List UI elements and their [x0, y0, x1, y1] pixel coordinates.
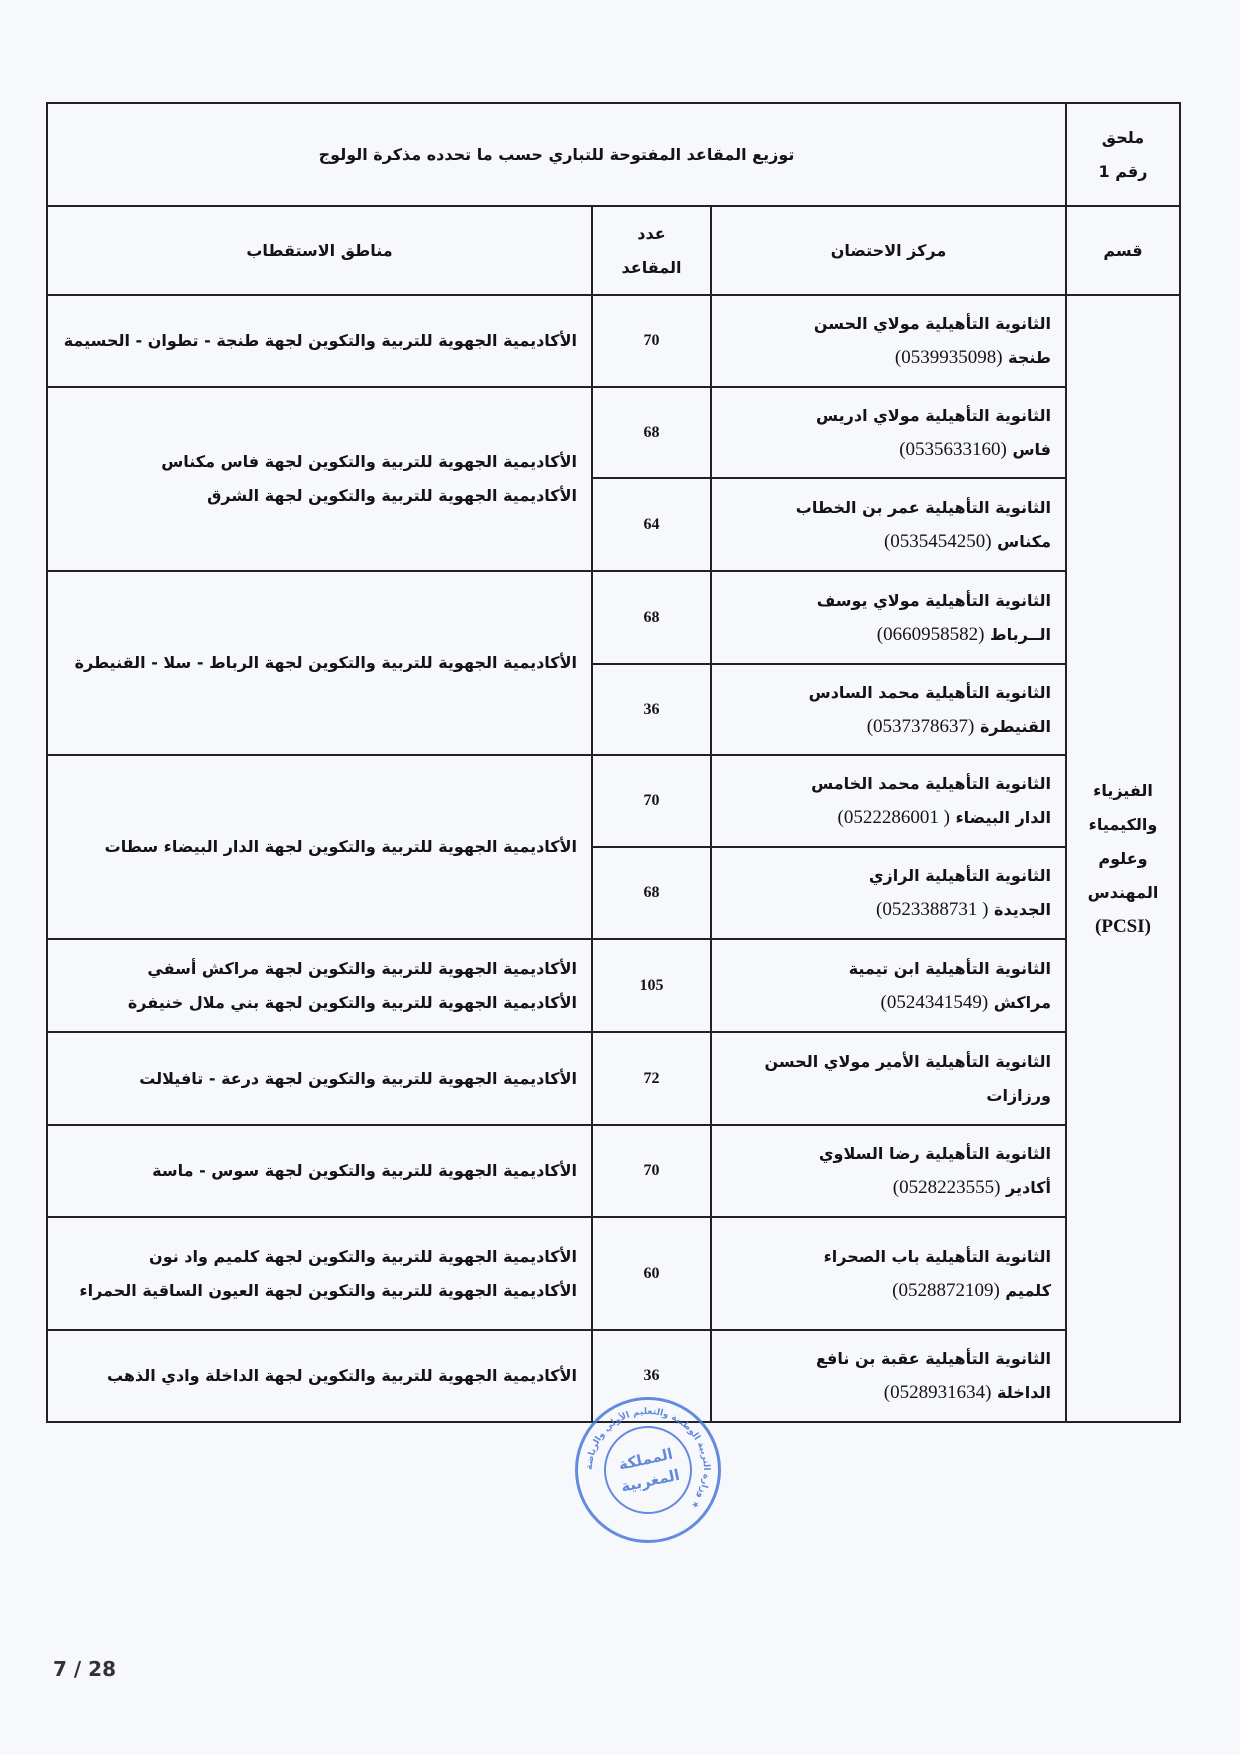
- center-cell: الثانوية التأهيلية الرازي الجديدة ( 0523…: [711, 847, 1066, 939]
- column-header-seats-line1: عدد: [607, 217, 696, 251]
- center-city-phone: أكادير (0528223555): [726, 1171, 1051, 1205]
- center-city-phone: الجديدة ( 0523388731): [726, 893, 1051, 927]
- region-line: الأكاديمية الجهوية للتربية والتكوين لجهة…: [62, 1240, 577, 1274]
- seats-cell: 105: [592, 939, 711, 1032]
- center-city: طنجة: [1008, 348, 1051, 367]
- seats-cell: 72: [592, 1032, 711, 1125]
- header-row: قسم مركز الاحتضان عدد المقاعد مناطق الاس…: [47, 206, 1180, 295]
- center-city: كلميم: [1005, 1281, 1051, 1300]
- column-header-center: مركز الاحتضان: [711, 206, 1066, 295]
- center-city: الجديدة: [994, 900, 1051, 919]
- table-title: توزيع المقاعد المفتوحة للتباري حسب ما تح…: [47, 103, 1066, 206]
- region-line: الأكاديمية الجهوية للتربية والتكوين لجهة…: [62, 445, 577, 479]
- page-number: 7 / 28: [53, 1657, 116, 1681]
- center-name: الثانوية التأهيلية محمد السادس: [726, 676, 1051, 710]
- department-line4: المهندس: [1081, 876, 1165, 910]
- center-cell: الثانوية التأهيلية الأمير مولاي الحسن ور…: [711, 1032, 1066, 1125]
- region-line: الأكاديمية الجهوية للتربية والتكوين لجهة…: [62, 952, 577, 986]
- region-cell: الأكاديمية الجهوية للتربية والتكوين لجهة…: [47, 939, 592, 1032]
- region-cell: الأكاديمية الجهوية للتربية والتكوين لجهة…: [47, 1330, 592, 1422]
- column-header-regions: مناطق الاستقطاب: [47, 206, 592, 295]
- department-line3: وعلوم: [1081, 842, 1165, 876]
- table-row: الثانوية التأهيلية ابن تيمية مراكش (0524…: [47, 939, 1180, 1032]
- department-line2: والكيمياء: [1081, 808, 1165, 842]
- center-cell: الثانوية التأهيلية مولاي يوسف الــرباط (…: [711, 571, 1066, 664]
- table-row: الثانوية التأهيلية الأمير مولاي الحسن ور…: [47, 1032, 1180, 1125]
- seats-cell: 68: [592, 847, 711, 939]
- table-row: الثانوية التأهيلية باب الصحراء كلميم (05…: [47, 1217, 1180, 1330]
- center-city-phone: طنجة (0539935098): [726, 341, 1051, 375]
- center-city: أكادير: [1006, 1178, 1051, 1197]
- center-cell: الثانوية التأهيلية محمد السادس القنيطرة …: [711, 664, 1066, 755]
- center-city-phone: ورزازات: [726, 1079, 1051, 1113]
- title-row: ملحق رقم 1 توزيع المقاعد المفتوحة للتبار…: [47, 103, 1180, 206]
- column-header-seats: عدد المقاعد: [592, 206, 711, 295]
- column-header-qism: قسم: [1066, 206, 1180, 295]
- department-line1: الفيزياء: [1081, 774, 1165, 808]
- center-phone: (0535454250): [884, 531, 992, 552]
- center-city: القنيطرة: [980, 717, 1051, 736]
- seats-cell: 60: [592, 1217, 711, 1330]
- seats-cell: 70: [592, 755, 711, 847]
- document-page: ملحق رقم 1 توزيع المقاعد المفتوحة للتبار…: [0, 0, 1240, 1755]
- center-phone: (0660958582): [877, 624, 985, 645]
- center-name: الثانوية التأهيلية محمد الخامس: [726, 767, 1051, 801]
- seats-cell: 64: [592, 478, 711, 571]
- region-cell: الأكاديمية الجهوية للتربية والتكوين لجهة…: [47, 571, 592, 755]
- column-header-seats-line2: المقاعد: [607, 251, 696, 285]
- region-cell: الأكاديمية الجهوية للتربية والتكوين لجهة…: [47, 1125, 592, 1217]
- center-name: الثانوية التأهيلية ابن تيمية: [726, 952, 1051, 986]
- center-city-phone: الداخلة (0528931634): [726, 1376, 1051, 1410]
- center-name: الثانوية التأهيلية عمر بن الخطاب: [726, 491, 1051, 525]
- center-city-phone: القنيطرة (0537378637): [726, 710, 1051, 744]
- center-phone: ( 0523388731): [876, 899, 988, 920]
- center-cell: الثانوية التأهيلية مولاي الحسن طنجة (053…: [711, 295, 1066, 387]
- center-phone: (0539935098): [895, 347, 1003, 368]
- region-cell: الأكاديمية الجهوية للتربية والتكوين لجهة…: [47, 295, 592, 387]
- table-row: الثانوية التأهيلية محمد الخامس الدار الب…: [47, 755, 1180, 847]
- center-name: الثانوية التأهيلية مولاي الحسن: [726, 307, 1051, 341]
- center-phone: (0535633160): [899, 439, 1007, 460]
- center-name: الثانوية التأهيلية مولاي ادريس: [726, 399, 1051, 433]
- center-city: الداخلة: [997, 1383, 1051, 1402]
- center-city: مكناس: [997, 532, 1051, 551]
- center-phone: (0537378637): [867, 716, 975, 737]
- annex-label-line1: ملحق: [1081, 121, 1165, 155]
- region-cell: الأكاديمية الجهوية للتربية والتكوين لجهة…: [47, 1032, 592, 1125]
- center-city: فاس: [1012, 440, 1051, 459]
- seats-cell: 36: [592, 664, 711, 755]
- region-cell: الأكاديمية الجهوية للتربية والتكوين لجهة…: [47, 1217, 592, 1330]
- center-city: مراكش: [994, 993, 1051, 1012]
- table-row: الثانوية التأهيلية رضا السلاوي أكادير (0…: [47, 1125, 1180, 1217]
- center-city: ورزازات: [986, 1086, 1051, 1105]
- center-city-phone: الدار البيضاء ( 0522286001): [726, 801, 1051, 835]
- region-cell: الأكاديمية الجهوية للتربية والتكوين لجهة…: [47, 387, 592, 571]
- center-cell: الثانوية التأهيلية عمر بن الخطاب مكناس (…: [711, 478, 1066, 571]
- center-city: الــرباط: [990, 625, 1051, 644]
- center-cell: الثانوية التأهيلية محمد الخامس الدار الب…: [711, 755, 1066, 847]
- center-phone: (0528223555): [893, 1177, 1001, 1198]
- department-code: (PCSI): [1081, 910, 1165, 944]
- center-name: الثانوية التأهيلية الرازي: [726, 859, 1051, 893]
- table-row: الثانوية التأهيلية مولاي يوسف الــرباط (…: [47, 571, 1180, 664]
- center-city-phone: الــرباط (0660958582): [726, 618, 1051, 652]
- center-cell: الثانوية التأهيلية عقبة بن نافع الداخلة …: [711, 1330, 1066, 1422]
- center-cell: الثانوية التأهيلية مولاي ادريس فاس (0535…: [711, 387, 1066, 478]
- center-name: الثانوية التأهيلية رضا السلاوي: [726, 1137, 1051, 1171]
- center-city-phone: مكناس (0535454250): [726, 525, 1051, 559]
- center-city-phone: كلميم (0528872109): [726, 1274, 1051, 1308]
- official-stamp: وزارة التربية الوطنية والتعليم الأولي وا…: [575, 1397, 721, 1543]
- region-line: الأكاديمية الجهوية للتربية والتكوين لجهة…: [62, 986, 577, 1020]
- seats-cell: 68: [592, 571, 711, 664]
- center-city: الدار البيضاء: [955, 808, 1051, 827]
- region-cell: الأكاديمية الجهوية للتربية والتكوين لجهة…: [47, 755, 592, 939]
- seats-cell: 68: [592, 387, 711, 478]
- region-line: الأكاديمية الجهوية للتربية والتكوين لجهة…: [62, 1274, 577, 1308]
- center-name: الثانوية التأهيلية باب الصحراء: [726, 1240, 1051, 1274]
- seats-cell: 70: [592, 295, 711, 387]
- table-row: الثانوية التأهيلية مولاي ادريس فاس (0535…: [47, 387, 1180, 478]
- department-cell: الفيزياء والكيمياء وعلوم المهندس (PCSI): [1066, 295, 1180, 1422]
- center-name: الثانوية التأهيلية مولاي يوسف: [726, 584, 1051, 618]
- center-name: الثانوية التأهيلية الأمير مولاي الحسن: [726, 1045, 1051, 1079]
- table-row: الفيزياء والكيمياء وعلوم المهندس (PCSI) …: [47, 295, 1180, 387]
- center-cell: الثانوية التأهيلية ابن تيمية مراكش (0524…: [711, 939, 1066, 1032]
- center-city-phone: فاس (0535633160): [726, 433, 1051, 467]
- annex-label: ملحق رقم 1: [1066, 103, 1180, 206]
- seat-distribution-table: ملحق رقم 1 توزيع المقاعد المفتوحة للتبار…: [46, 102, 1181, 1423]
- center-cell: الثانوية التأهيلية رضا السلاوي أكادير (0…: [711, 1125, 1066, 1217]
- center-city-phone: مراكش (0524341549): [726, 986, 1051, 1020]
- center-phone: (0524341549): [881, 992, 989, 1013]
- region-line: الأكاديمية الجهوية للتربية والتكوين لجهة…: [62, 479, 577, 513]
- center-phone: (0528931634): [884, 1382, 992, 1403]
- seats-cell: 70: [592, 1125, 711, 1217]
- center-phone: ( 0522286001): [838, 807, 950, 828]
- center-phone: (0528872109): [892, 1280, 1000, 1301]
- annex-label-line2: رقم 1: [1081, 155, 1165, 189]
- center-name: الثانوية التأهيلية عقبة بن نافع: [726, 1342, 1051, 1376]
- center-cell: الثانوية التأهيلية باب الصحراء كلميم (05…: [711, 1217, 1066, 1330]
